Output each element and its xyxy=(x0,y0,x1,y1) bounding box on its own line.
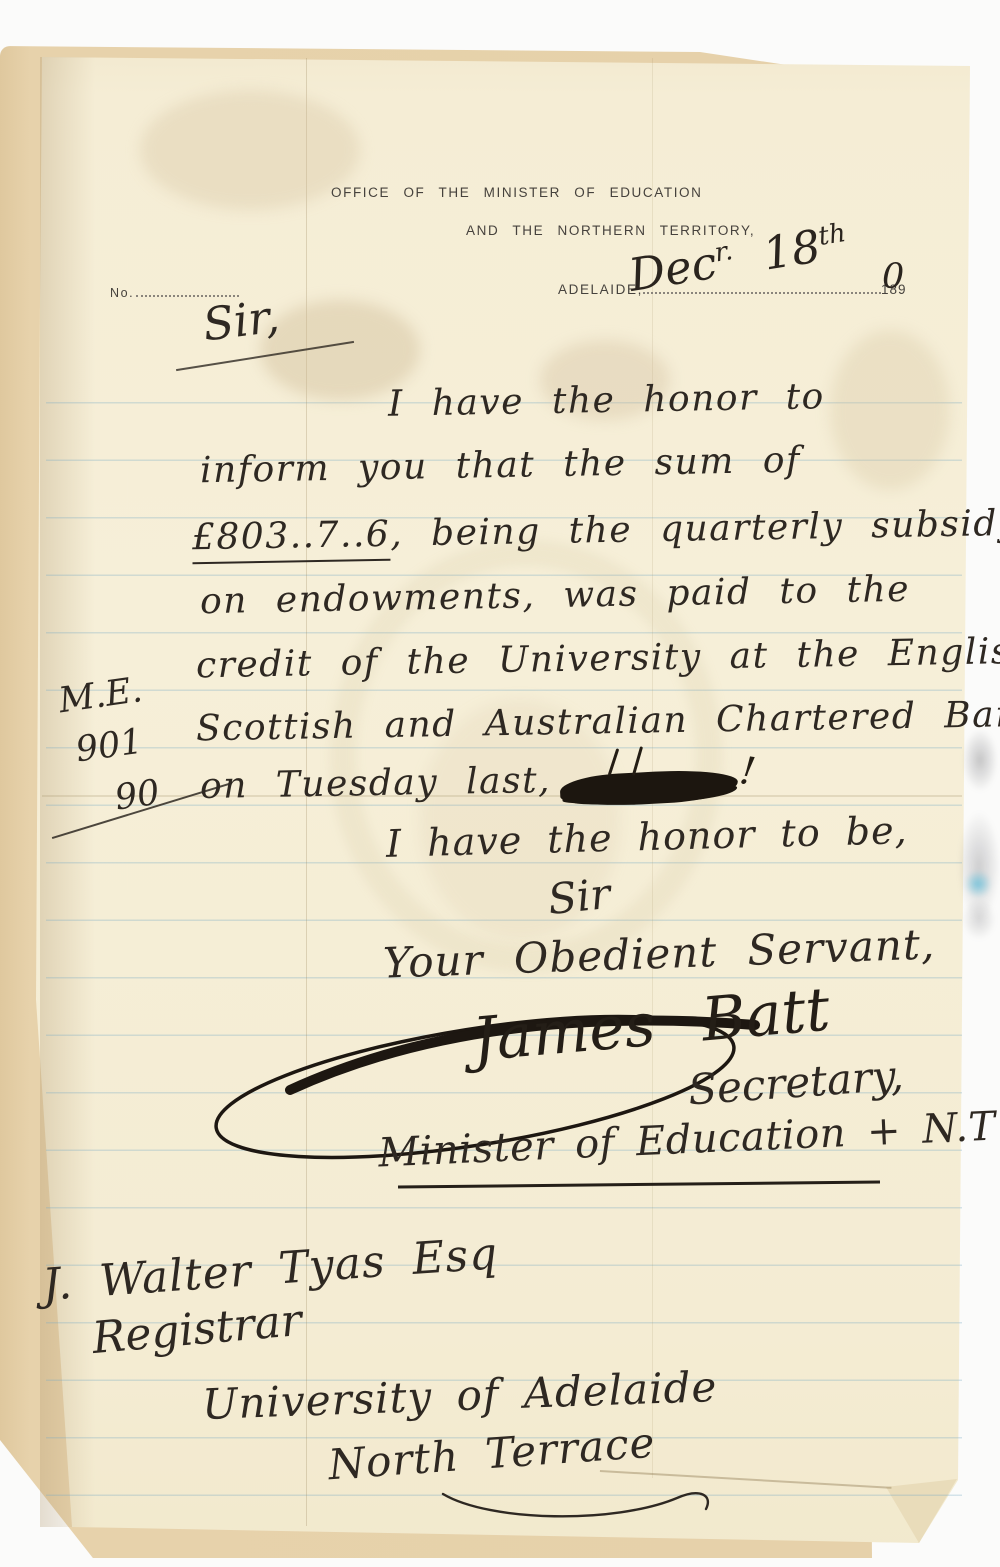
scanner-smudge xyxy=(962,898,996,940)
date-month-sup: r. xyxy=(713,236,735,268)
paper-stain xyxy=(140,90,360,210)
file-note-number: 901 xyxy=(74,723,155,768)
date-day-sup: th xyxy=(816,218,848,252)
body-line: on Tuesday last, xyxy=(200,763,552,805)
scanned-letter: OFFICE OF THE MINISTER OF EDUCATION AND … xyxy=(0,0,1000,1567)
dateline: ADELAIDE,189 xyxy=(558,280,906,297)
blue-ink-smudge xyxy=(964,870,992,898)
closing-line: Sir xyxy=(546,873,612,921)
year-final-digit: 0 xyxy=(882,260,904,295)
file-note-initials: M.E. xyxy=(57,673,148,720)
number-label: No. xyxy=(110,286,134,300)
letterhead-line1: OFFICE OF THE MINISTER OF EDUCATION xyxy=(331,185,703,200)
amount-underlined: £803..7..6 xyxy=(192,514,391,564)
address-flourish xyxy=(425,1478,735,1533)
date-day: 18 xyxy=(759,219,824,280)
paper-stain xyxy=(830,330,950,490)
salutation: Sir, xyxy=(201,294,282,348)
body-line: inform you that the sum of xyxy=(200,443,801,489)
body-line: I have the honor to xyxy=(388,379,825,423)
scanner-smudge xyxy=(962,728,998,792)
